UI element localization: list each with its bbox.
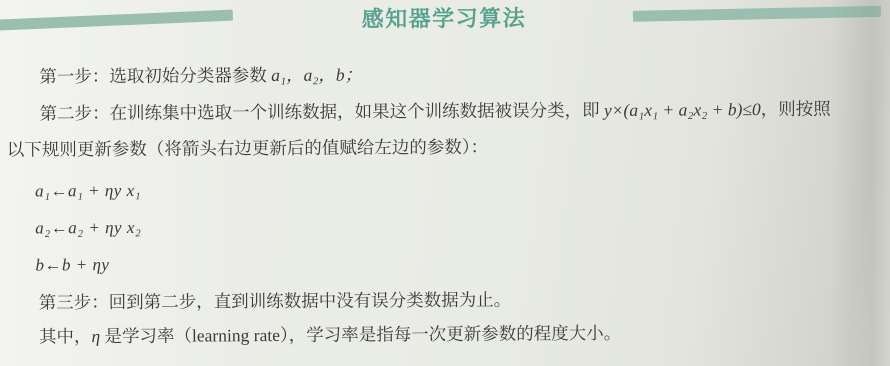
step2-text: 第二步：在训练集中选取一个训练数据，如果这个训练数据被误分类，即 y×(a₁x₁… — [39, 97, 830, 126]
learning-rate-note: 其中，η 是学习率（learning rate），学习率是指每一次更新参数的程度… — [39, 321, 621, 349]
note-post: 是学习率（learning rate），学习率是指每一次更新参数的程度大小。 — [100, 323, 621, 346]
step2-inline-formula: y×(a₁x₁ + a₂x₂ + b)≤0 — [604, 99, 761, 120]
step1-pre: 第一步：选取初始分类器参数 — [39, 65, 271, 86]
step1-inline-formula: a₁，a₂，b； — [271, 65, 362, 86]
page-title: 感知器学习算法 — [0, 0, 889, 36]
update-rule-formula-1: a₁←a₁ + ηy x₁ — [35, 179, 141, 204]
step3-text: 第三步：回到第二步，直到训练数据中没有误分类数据为止。 — [39, 288, 512, 315]
step2-pre: 第二步：在训练集中选取一个训练数据，如果这个训练数据被误分类，即 — [40, 100, 604, 123]
scanned-page: 感知器学习算法 第一步：选取初始分类器参数 a₁，a₂，b； 第二步：在训练集中… — [0, 0, 890, 366]
note-eta-symbol: η — [91, 326, 100, 346]
step2-continuation-text: 以下规则更新参数（将箭头右边更新后的值赋给左边的参数）： — [7, 135, 488, 162]
update-rule-formula-3: b←b + ηy — [35, 253, 109, 277]
step1-text: 第一步：选取初始分类器参数 a₁，a₂，b； — [39, 63, 362, 89]
note-pre: 其中， — [39, 326, 92, 346]
update-rule-formula-2: a₂←a₂ + ηy x₂ — [35, 216, 141, 241]
step2-post: ，则按照 — [761, 99, 831, 119]
